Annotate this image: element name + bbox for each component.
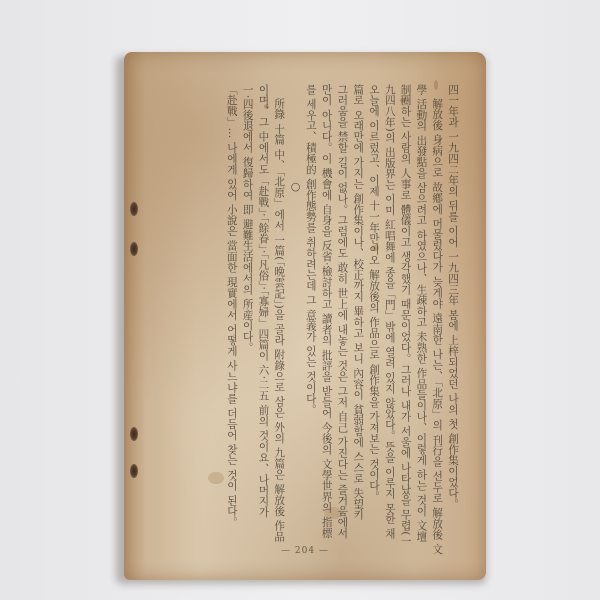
stain-spot [208, 472, 224, 484]
text-column: 를 세우고、積極的 創作態勢를 취하려는데 그 意義가 있는 것이다。 [302, 84, 318, 512]
text-column: 「赴戰」… 나에게 있어 小說은 當面한 現實에서 어떻게 사느냐를 더듬어 찾… [223, 84, 239, 512]
text-column: 이며、그 中에서도「赴戰」·「餘眷」·「凡俗」·「寡婦」四篇이 六·二五 前의 … [255, 84, 271, 512]
text-column: 解放後 身病으로 故鄕에 머물렀다가 늦게야 遠南한 나는、「北原」의 刊行을 … [428, 84, 444, 512]
text-column: 學 活動의 出發點을 삼으려고 하였으나、生疎하고 未熟한 作品들이나、이렇게 … [413, 84, 429, 512]
text-column: 四一年과 一九四二年의 뒤를 이어 一九四三年 봄에 上梓되었던 나의 첫 創作… [444, 84, 460, 512]
binding-hole [130, 242, 138, 256]
text-column: 一·四後退에서 復歸하여 即 避難生活에서의 所産이다。 [239, 84, 255, 512]
text-column: 그러움을 禁할 길이 없나。그럼에도 敢히 世上에 내놓는 것은 그저 自己 가… [334, 84, 350, 512]
page-number: — 204 — [124, 546, 486, 556]
text-column: 오늘에 이르렀고、이제 十一年만이오 解放後의 作品으로 創作集을 가져보는 것… [365, 84, 381, 512]
text-column: 篇로 오래만에 가지는 創作集이나、校正까지 畢하고 보니 內容이 貧弱함에 스… [349, 84, 365, 512]
binding-hole [130, 202, 138, 216]
text-column: 所錄 十篇 中、「北原」에서 一篇(「晩雲記」)을 골라 附錄으로 삼은 外의 … [270, 84, 286, 512]
photo-background: 四一年과 一九四二年의 뒤를 이어 一九四三年 봄에 上梓되었던 나의 첫 創作… [0, 0, 600, 600]
text-column: 九四八年)의 出版界는 이미 紅唱舞에 종을「門」밖에 열려 있지 않았다。뜻을… [381, 84, 397, 512]
binding-hole [130, 464, 138, 478]
book-page: 四一年과 一九四二年의 뒤를 이어 一九四三年 봄에 上梓되었던 나의 첫 創作… [124, 52, 486, 580]
text-column: 制圈하는 사람의 人事로 體儀이고 생각했기 때문이었다。그러나 내가 서울에 … [397, 84, 413, 512]
section-separator-circle: ○ [286, 84, 302, 512]
vertical-text-block: 四一年과 一九四二年의 뒤를 이어 一九四三年 봄에 上梓되었던 나의 첫 創作… [223, 84, 460, 512]
text-column: 만이 아니다。이 機會에 自身을 反省·檢討하고 讀者의 批評을 받들어 今後의… [318, 84, 334, 512]
binding-hole [130, 427, 138, 441]
